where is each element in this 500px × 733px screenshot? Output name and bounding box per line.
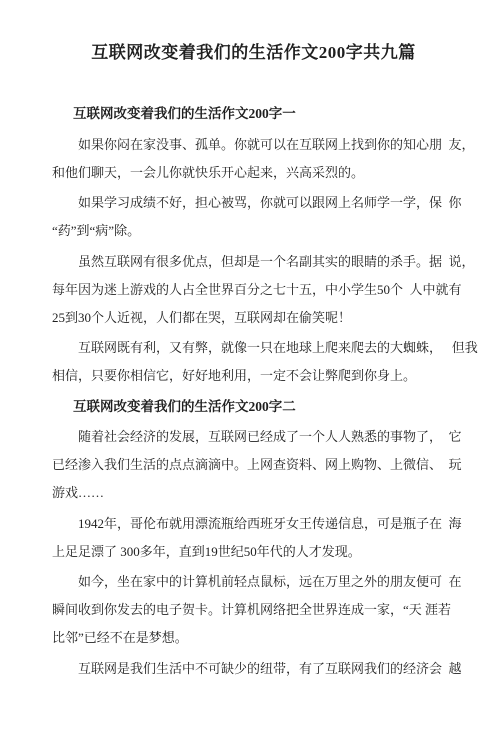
text-line: 游戏…… — [52, 479, 455, 507]
text-line: 和他们聊天，一会儿你就快乐开心起来，兴高采烈的。 — [52, 159, 455, 187]
paragraph-4: 互联网既有利，又有弊，就像一只在地球上爬来爬去的大蜘蛛， 但我 相信，只要你相信… — [52, 334, 455, 390]
text-line: 互联网改变着我们的生活作文200字一 — [52, 100, 455, 128]
text-line: 虽然互联网有很多优点，但却是一个名副其实的眼睛的杀手。据 说， — [52, 248, 455, 276]
paragraph-3: 虽然互联网有很多优点，但却是一个名副其实的眼睛的杀手。据 说， 每年因为迷上游戏… — [52, 248, 455, 332]
text-line: 瞬间收到你发去的电子贺卡。计算机网络把全世界连成一家，“天 涯若 — [52, 596, 455, 624]
text-line: 随着社会经济的发展，互联网已经成了一个人人熟悉的事物了， 它 — [52, 423, 455, 451]
text-line: 上足足漂了 300多年，直到19世纪50年代的人才发现。 — [52, 538, 455, 566]
text-line: 25到30个人近视，人们都在哭，互联网却在偷笑呢！ — [52, 304, 455, 332]
text-line: 互联网是我们生活中不可缺少的纽带，有了互联网我们的经济会 越 — [52, 655, 455, 683]
paragraph-5: 随着社会经济的发展，互联网已经成了一个人人熟悉的事物了， 它 已经渗入我们生活的… — [52, 423, 455, 507]
text-line: 如今，坐在家中的计算机前轻点鼠标，远在万里之外的朋友便可 在 — [52, 568, 455, 596]
document-body: 互联网改变着我们的生活作文200字一 如果你闷在家没事、孤单。你就可以在互联网上… — [52, 100, 455, 683]
paragraph-6: 1942年，哥伦布就用漂流瓶给西班牙女王传递信息，可是瓶子在 海 上足足漂了 3… — [52, 510, 455, 566]
section-heading-2: 互联网改变着我们的生活作文200字二 — [52, 393, 455, 421]
text-line: 如果学习成绩不好，担心被骂，你就可以跟网上名师学一学，保 你 — [52, 189, 455, 217]
text-line: 已经渗入我们生活的点点滴滴中。上网查资料、网上购物、上微信、 玩 — [52, 451, 455, 479]
paragraph-7: 如今，坐在家中的计算机前轻点鼠标，远在万里之外的朋友便可 在 瞬间收到你发去的电… — [52, 568, 455, 652]
text-line: “药”到“病”除。 — [52, 217, 455, 245]
text-line: 1942年，哥伦布就用漂流瓶给西班牙女王传递信息，可是瓶子在 海 — [52, 510, 455, 538]
text-line: 互联网改变着我们的生活作文200字二 — [52, 393, 455, 421]
paragraph-1: 如果你闷在家没事、孤单。你就可以在互联网上找到你的知心朋 友， 和他们聊天，一会… — [52, 131, 455, 187]
text-line: 每年因为迷上游戏的人占全世界百分之七十五，中小学生50个 人中就有 — [52, 276, 455, 304]
text-line: 如果你闷在家没事、孤单。你就可以在互联网上找到你的知心朋 友， — [52, 131, 455, 159]
paragraph-8: 互联网是我们生活中不可缺少的纽带，有了互联网我们的经济会 越 — [52, 655, 455, 683]
text-line: 互联网既有利，又有弊，就像一只在地球上爬来爬去的大蜘蛛， 但我 — [52, 334, 455, 362]
document-title: 互联网改变着我们的生活作文200字共九篇 — [52, 36, 455, 70]
text-line: 相信，只要你相信它，好好地利用，一定不会让弊爬到你身上。 — [52, 362, 455, 390]
document-page: 互联网改变着我们的生活作文200字共九篇 互联网改变着我们的生活作文200字一 … — [0, 0, 500, 733]
text-line: 比邻”已经不在是梦想。 — [52, 624, 455, 652]
section-heading-1: 互联网改变着我们的生活作文200字一 — [52, 100, 455, 128]
paragraph-2: 如果学习成绩不好，担心被骂，你就可以跟网上名师学一学，保 你 “药”到“病”除。 — [52, 189, 455, 245]
